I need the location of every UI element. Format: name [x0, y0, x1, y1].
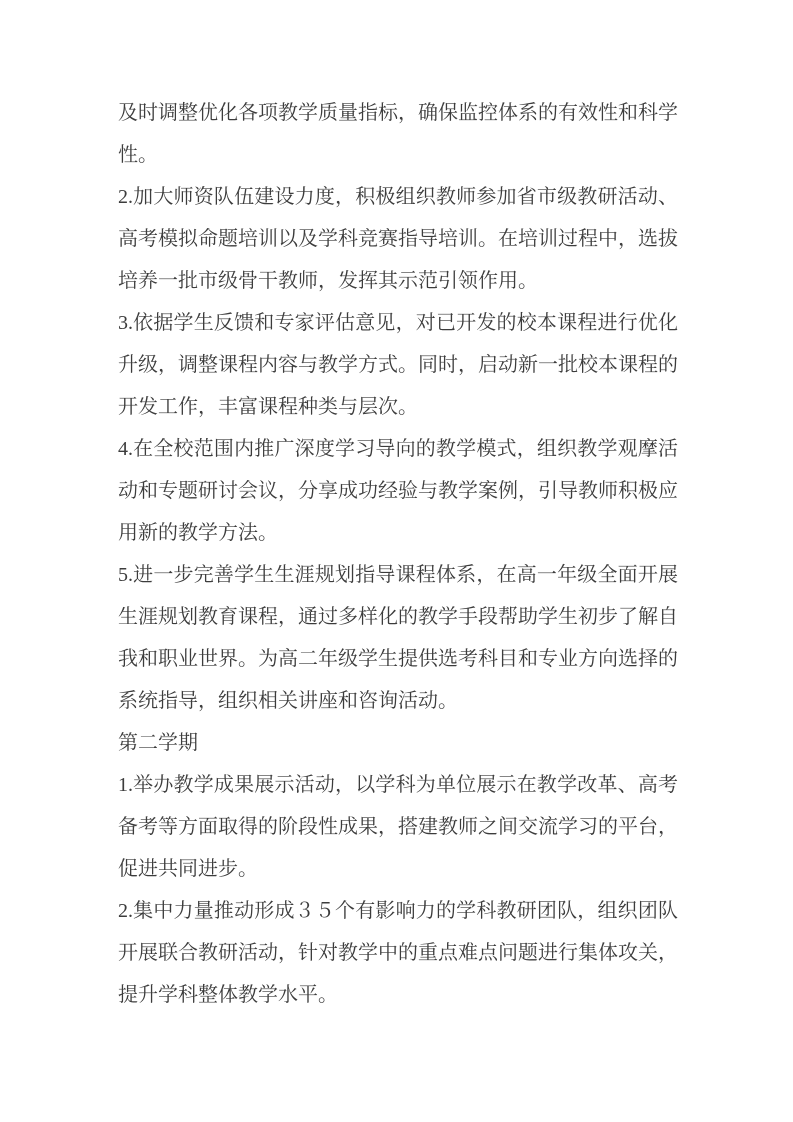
paragraph: 4.在全校范围内推广深度学习导向的教学模式，组织教学观摩活动和专题研讨会议，分享…	[118, 428, 678, 554]
text-line: 升级，调整课程内容与教学方式。同时，启动新一批校本课程的	[118, 344, 678, 386]
paragraph: 3.依据学生反馈和专家评估意见，对已开发的校本课程进行优化升级，调整课程内容与教…	[118, 302, 678, 428]
paragraph: 1.举办教学成果展示活动，以学科为单位展示在教学改革、高考备考等方面取得的阶段性…	[118, 764, 678, 890]
text-line: 2.集中力量推动形成３５个有影响力的学科教研团队，组织团队	[118, 890, 678, 932]
text-line: 第二学期	[118, 722, 678, 764]
text-line: 促进共同进步。	[118, 848, 678, 890]
paragraph: 及时调整优化各项教学质量指标，确保监控体系的有效性和科学性。	[118, 92, 678, 176]
document-page: 及时调整优化各项教学质量指标，确保监控体系的有效性和科学性。2.加大师资队伍建设…	[0, 0, 793, 1122]
text-line: 性。	[118, 134, 678, 176]
text-line: 用新的教学方法。	[118, 512, 678, 554]
paragraph: 2.加大师资队伍建设力度，积极组织教师参加省市级教研活动、高考模拟命题培训以及学…	[118, 176, 678, 302]
text-line: 1.举办教学成果展示活动，以学科为单位展示在教学改革、高考	[118, 764, 678, 806]
document-body: 及时调整优化各项教学质量指标，确保监控体系的有效性和科学性。2.加大师资队伍建设…	[118, 92, 678, 1016]
text-line: 我和职业世界。为高二年级学生提供选考科目和专业方向选择的	[118, 638, 678, 680]
text-line: 开展联合教研活动，针对教学中的重点难点问题进行集体攻关，	[118, 932, 678, 974]
text-line: 培养一批市级骨干教师，发挥其示范引领作用。	[118, 260, 678, 302]
text-line: 4.在全校范围内推广深度学习导向的教学模式，组织教学观摩活	[118, 428, 678, 470]
paragraph: 5.进一步完善学生生涯规划指导课程体系，在高一年级全面开展生涯规划教育课程，通过…	[118, 554, 678, 722]
paragraph: 第二学期	[118, 722, 678, 764]
paragraph: 2.集中力量推动形成３５个有影响力的学科教研团队，组织团队开展联合教研活动，针对…	[118, 890, 678, 1016]
text-line: 开发工作，丰富课程种类与层次。	[118, 386, 678, 428]
text-line: 备考等方面取得的阶段性成果，搭建教师之间交流学习的平台，	[118, 806, 678, 848]
text-line: 动和专题研讨会议，分享成功经验与教学案例，引导教师积极应	[118, 470, 678, 512]
text-line: 高考模拟命题培训以及学科竞赛指导培训。在培训过程中，选拔	[118, 218, 678, 260]
text-line: 2.加大师资队伍建设力度，积极组织教师参加省市级教研活动、	[118, 176, 678, 218]
text-line: 系统指导，组织相关讲座和咨询活动。	[118, 680, 678, 722]
text-line: 3.依据学生反馈和专家评估意见，对已开发的校本课程进行优化	[118, 302, 678, 344]
text-line: 生涯规划教育课程，通过多样化的教学手段帮助学生初步了解自	[118, 596, 678, 638]
text-line: 及时调整优化各项教学质量指标，确保监控体系的有效性和科学	[118, 92, 678, 134]
text-line: 提升学科整体教学水平。	[118, 974, 678, 1016]
text-line: 5.进一步完善学生生涯规划指导课程体系，在高一年级全面开展	[118, 554, 678, 596]
